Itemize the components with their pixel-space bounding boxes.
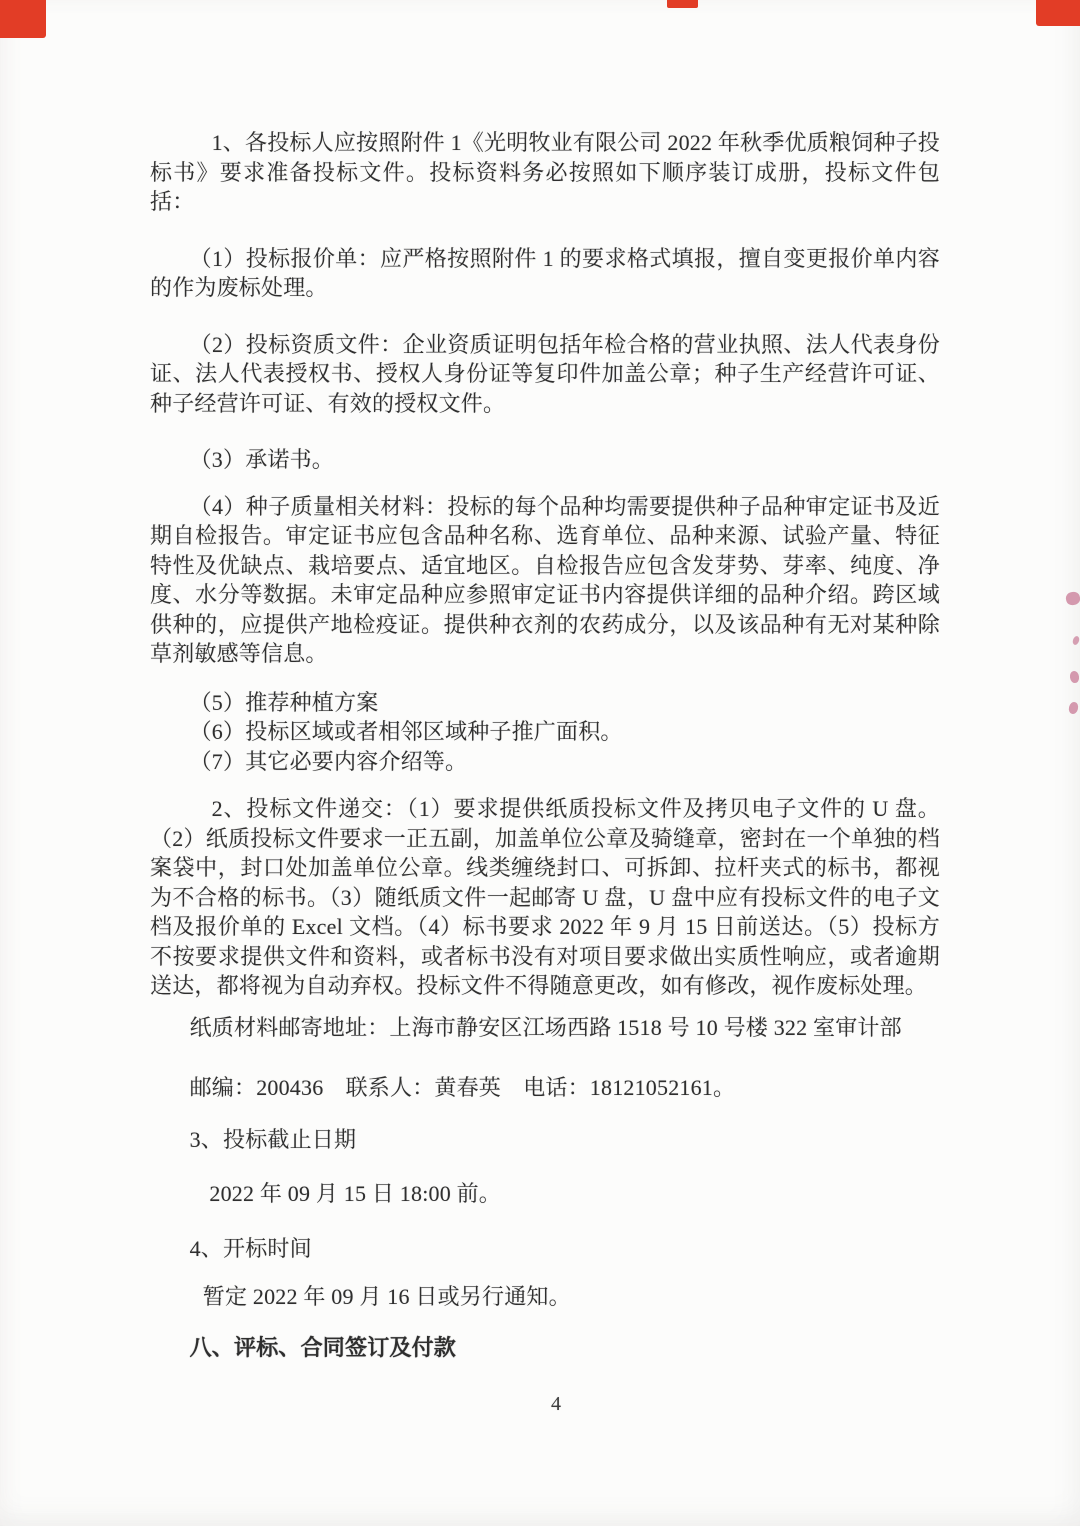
- bid-item-7-other-content: （7）其它必要内容介绍等。: [150, 747, 940, 777]
- scan-mark-top-left-red: [0, 0, 46, 38]
- bid-opening-date-value: 暂定 2022 年 09 月 16 日或另行通知。: [150, 1282, 940, 1312]
- scan-mark-top-right-red: [1036, 0, 1080, 26]
- bid-item-3-commitment-letter: （3）承诺书。: [150, 445, 940, 475]
- scan-mark-right-edge-pink: [1065, 591, 1080, 607]
- scan-mark-right-edge-pink: [1069, 670, 1080, 683]
- page-number: 4: [551, 1392, 561, 1416]
- deadline-date-value: 2022 年 09 月 15 日 18:00 前。: [150, 1179, 940, 1209]
- paragraph-bid-preparation: 1、各投标人应按照附件 1《光明牧业有限公司 2022 年秋季优质粮饲种子投标书…: [150, 128, 940, 217]
- scan-mark-right-edge-pink: [1072, 635, 1080, 646]
- bid-item-4-seed-quality-materials: （4）种子质量相关材料：投标的每个品种均需要提供种子品种审定证书及近期自检报告。…: [150, 492, 940, 669]
- bid-opening-heading: 4、开标时间: [150, 1234, 940, 1264]
- bid-item-2-qualification-documents: （2）投标资质文件：企业资质证明包括年检合格的营业执照、法人代表身份证、法人代表…: [150, 330, 940, 419]
- bid-item-6-promotion-area: （6）投标区域或者相邻区域种子推广面积。: [150, 717, 940, 747]
- bid-items-5-to-7-group: （5）推荐种植方案 （6）投标区域或者相邻区域种子推广面积。 （7）其它必要内容…: [150, 688, 940, 777]
- scan-mark-right-edge-pink: [1068, 701, 1080, 715]
- deadline-heading: 3、投标截止日期: [150, 1125, 940, 1155]
- document-body: 1、各投标人应按照附件 1《光明牧业有限公司 2022 年秋季优质粮饲种子投标书…: [150, 128, 940, 1362]
- contact-info-line: 邮编：200436 联系人：黄春英 电话：18121052161。: [150, 1073, 940, 1103]
- scan-mark-top-center-red: [667, 0, 698, 8]
- bid-item-5-planting-plan: （5）推荐种植方案: [150, 688, 940, 718]
- paragraph-bid-submission: 2、投标文件递交：（1）要求提供纸质投标文件及拷贝电子文件的 U 盘。（2）纸质…: [150, 794, 940, 1001]
- mailing-address-line: 纸质材料邮寄地址：上海市静安区江场西路 1518 号 10 号楼 322 室审计…: [150, 1013, 940, 1043]
- section-heading-evaluation-contract-payment: 八、评标、合同签订及付款: [150, 1333, 940, 1363]
- scanned-tender-document-page: { "colors": { "paper": "#fcfcfb", "ink":…: [0, 0, 1080, 1526]
- bid-item-1-quotation-sheet: （1）投标报价单：应严格按照附件 1 的要求格式填报，擅自变更报价单内容的作为废…: [150, 244, 940, 303]
